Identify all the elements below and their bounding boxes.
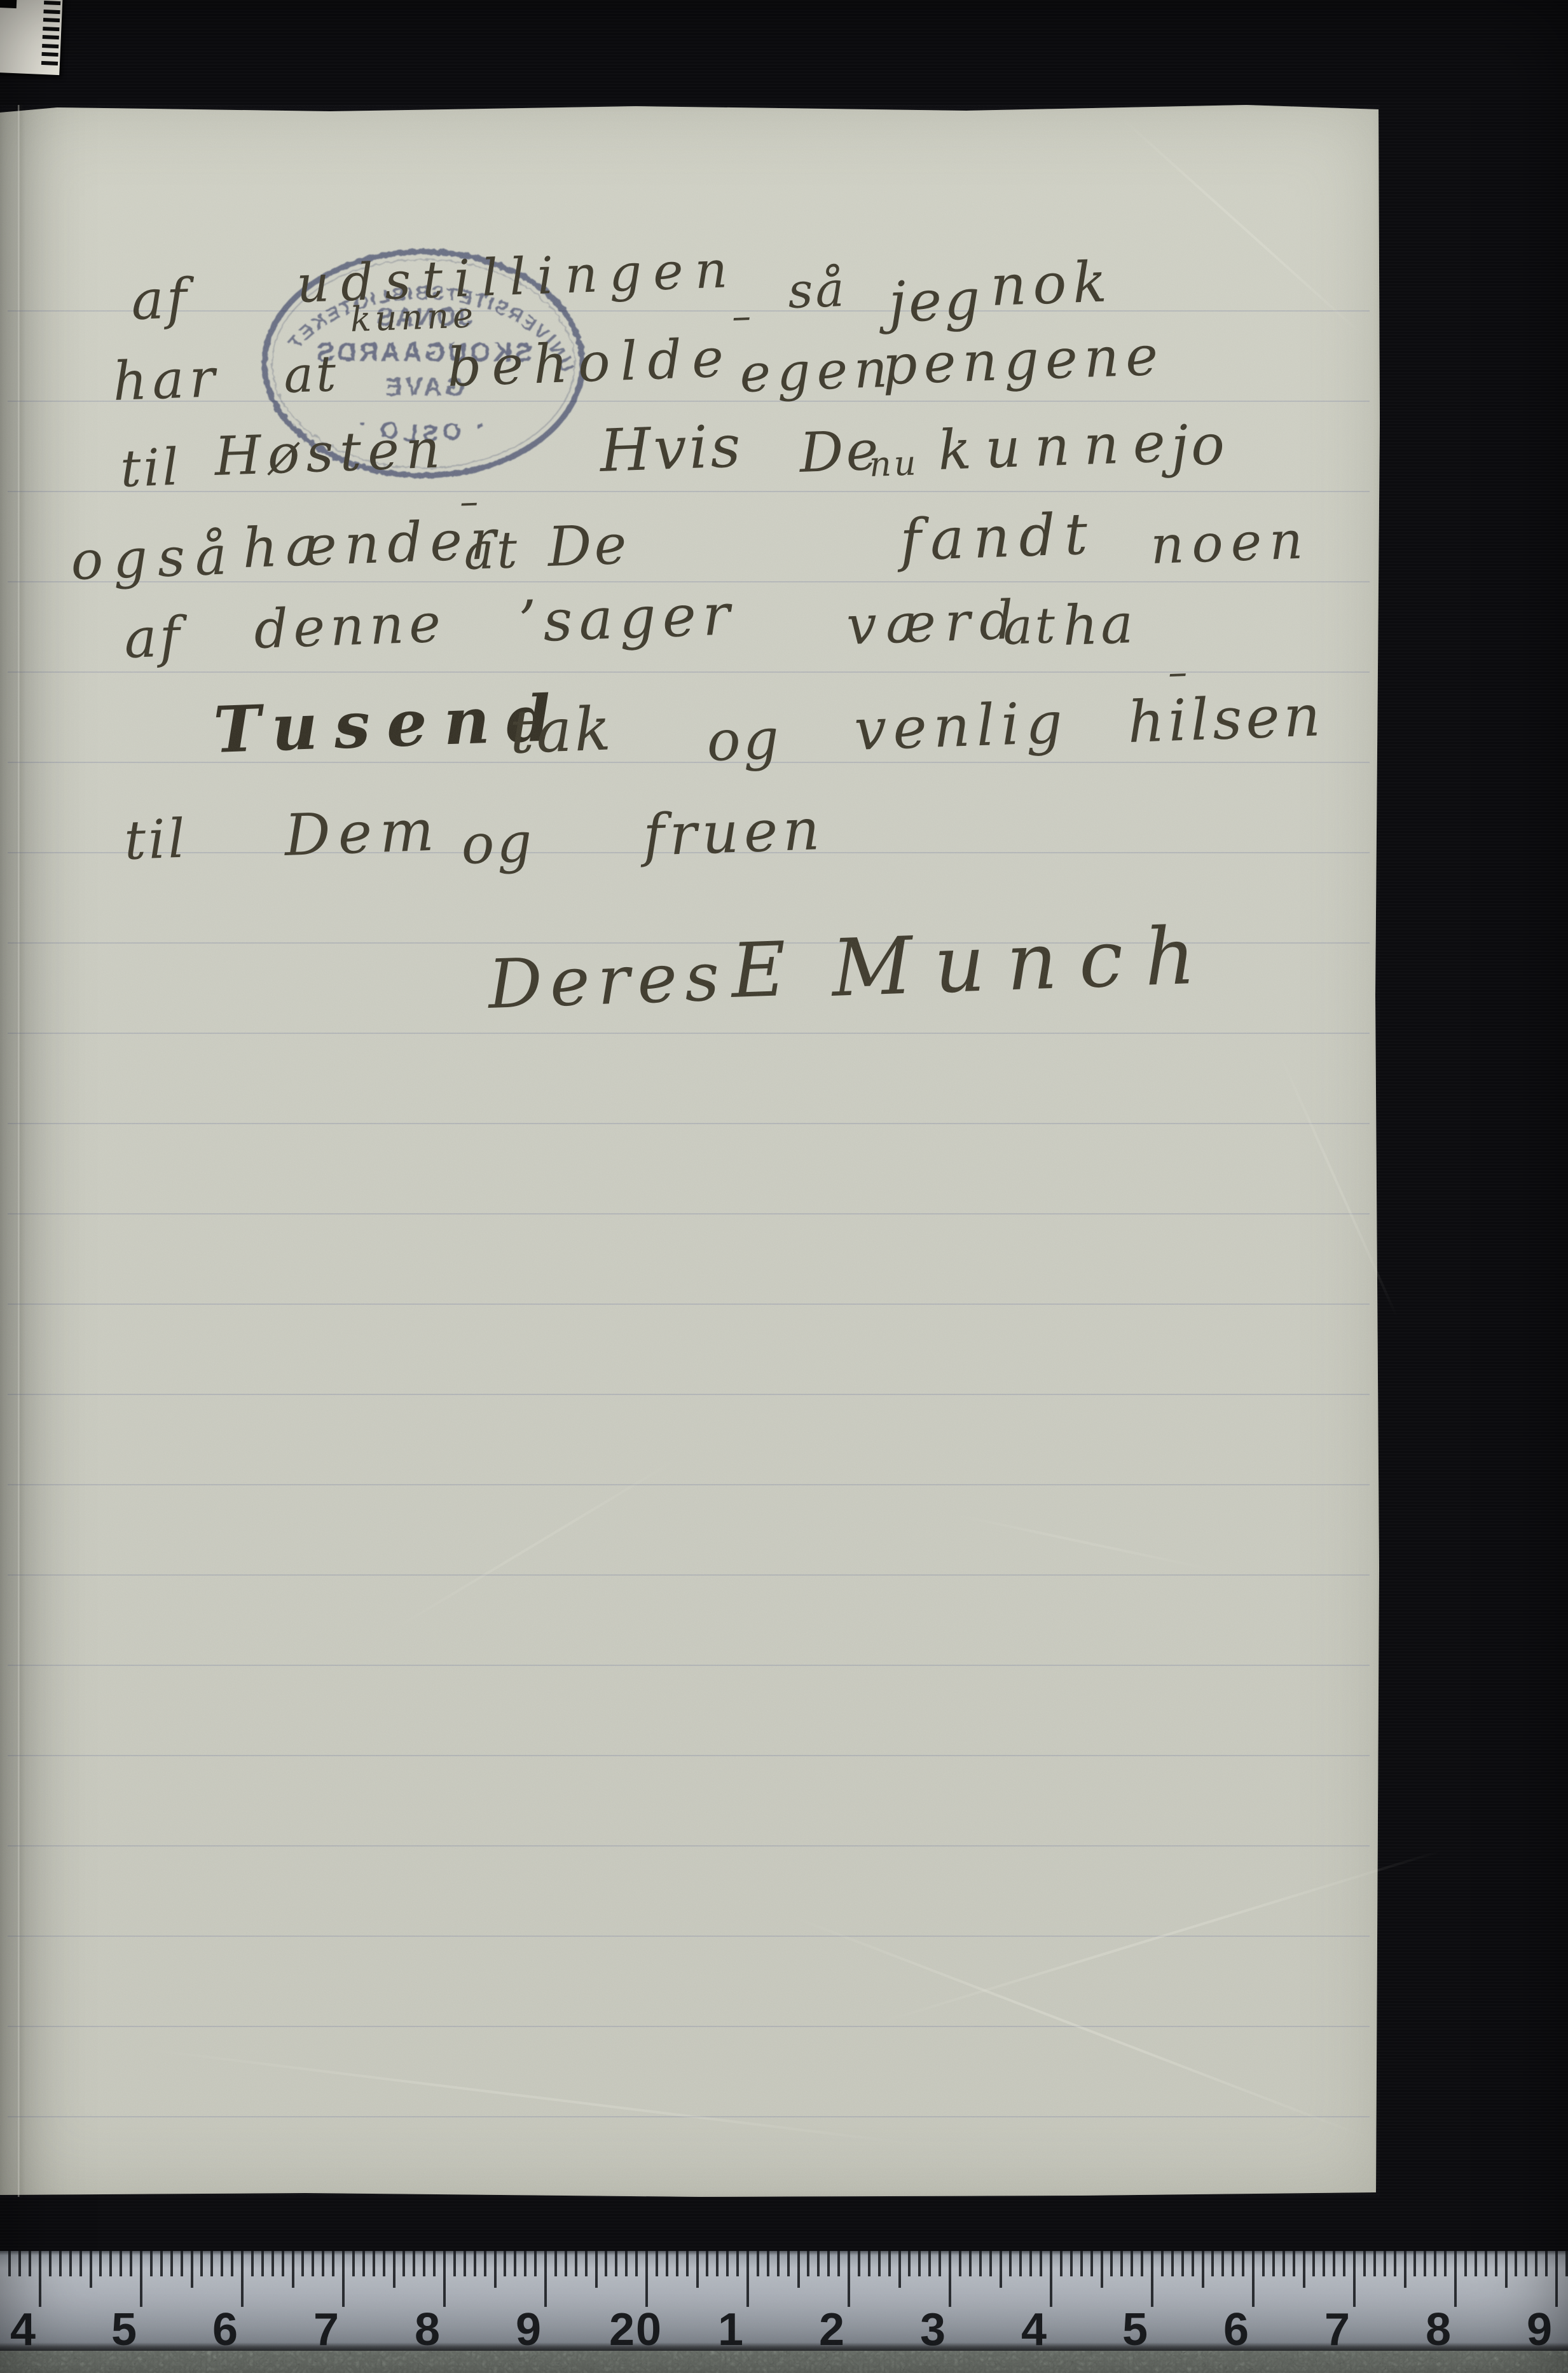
ruler-tick — [383, 2251, 385, 2276]
ruler-tick — [474, 2251, 476, 2276]
ruler-number: 6 — [212, 2307, 239, 2353]
ruler-tick — [645, 2251, 648, 2307]
ruler-tick — [99, 2251, 102, 2276]
ruler-tick — [1101, 2251, 1103, 2288]
ruler-tick — [1242, 2251, 1244, 2276]
ruler-tick — [696, 2251, 699, 2288]
ruler-tick — [1141, 2251, 1143, 2276]
ruler-number: 4 — [10, 2307, 37, 2353]
ruler-tick — [1505, 2251, 1508, 2288]
ruler-tick — [170, 2251, 173, 2276]
ruler-tick — [514, 2251, 516, 2276]
ruler-tick — [1232, 2251, 1234, 2276]
ruler-tick — [1283, 2251, 1285, 2276]
ruler-tick — [332, 2251, 334, 2276]
ruler-tick — [777, 2251, 780, 2276]
table-surface — [0, 2351, 1568, 2373]
ruler-tick — [312, 2251, 314, 2276]
ruler-tick — [1110, 2251, 1113, 2276]
ruler-tick — [200, 2251, 203, 2276]
ruler-tick — [423, 2251, 425, 2276]
ruler-tick — [352, 2251, 355, 2276]
ruler-tick — [402, 2251, 405, 2276]
ruler-tick — [787, 2251, 790, 2276]
ruler-tick — [1131, 2251, 1133, 2276]
photo-stage: UNIVERSITETSBIBLIOTEKET JONAS SKOUGAARDS… — [0, 0, 1568, 2373]
ruler-tick — [494, 2251, 497, 2288]
ruler-number: 7 — [313, 2307, 340, 2353]
ruler-tick — [504, 2251, 506, 2276]
ruler-tick — [534, 2251, 537, 2276]
ruler-tick — [676, 2251, 678, 2276]
ruler-tick — [1485, 2251, 1487, 2276]
ruler-tick — [524, 2251, 526, 2276]
paper-fold-crease — [18, 105, 20, 2197]
ruler-tick — [817, 2251, 820, 2276]
letter-page — [0, 105, 1380, 2197]
ruler-tick — [1070, 2251, 1073, 2276]
ruler-tick — [1444, 2251, 1447, 2276]
ruler-tick — [393, 2251, 395, 2288]
stamp-center-line-1: JONAS — [375, 303, 472, 331]
ruler-tick — [59, 2251, 62, 2276]
ruler-tick — [433, 2251, 436, 2276]
ruler-tick — [79, 2251, 82, 2276]
ruler-tick — [807, 2251, 809, 2276]
ruler-tick — [1384, 2251, 1386, 2276]
ruler-tick — [888, 2251, 891, 2276]
ruler-tick — [625, 2251, 628, 2276]
ruler-tick — [49, 2251, 52, 2276]
ruler-tick — [878, 2251, 881, 2276]
ruler-tick — [1009, 2251, 1012, 2276]
ruler-tick — [292, 2251, 294, 2288]
ruler-tick — [797, 2251, 800, 2288]
ruler-tick — [1535, 2251, 1537, 2276]
ruler-tick — [1040, 2251, 1042, 2276]
library-stamp: UNIVERSITETSBIBLIOTEKET JONAS SKOUGAARDS… — [256, 245, 591, 482]
ruler-tick — [1323, 2251, 1325, 2276]
ruler-tick — [1454, 2251, 1457, 2307]
ruler-tick — [726, 2251, 729, 2276]
svg-text:· OSLO ·: · OSLO · — [348, 408, 488, 448]
ruler-tick — [605, 2251, 607, 2276]
scale-card-tick — [42, 43, 58, 48]
ruler-tick — [69, 2251, 72, 2276]
ruler-tick — [757, 2251, 759, 2276]
ruler-tick — [898, 2251, 901, 2288]
ruler-tick — [1181, 2251, 1184, 2276]
ruler-tick — [1413, 2251, 1416, 2276]
ruler-tick — [362, 2251, 365, 2276]
ruler-tick — [1343, 2251, 1345, 2276]
ruler-tick — [109, 2251, 112, 2276]
ruler-tick — [1293, 2251, 1295, 2276]
ruler-tick — [1161, 2251, 1164, 2276]
ruler-tick — [484, 2251, 486, 2276]
ruler-number: 9 — [1527, 2307, 1553, 2353]
stamp-center-line-3: GAVE — [382, 373, 465, 401]
ruler-tick — [1495, 2251, 1497, 2276]
ruler-tick — [767, 2251, 769, 2276]
ruler-tick — [443, 2251, 446, 2307]
ruler-number: 2 — [819, 2307, 846, 2353]
ruler-tick — [1424, 2251, 1426, 2276]
ruler-number: 7 — [1324, 2307, 1351, 2353]
ruler-tick — [1211, 2251, 1214, 2276]
ruler-tick — [939, 2251, 941, 2276]
ruler-tick — [1060, 2251, 1063, 2276]
ruler-number: 5 — [111, 2307, 138, 2353]
ruler-tick — [969, 2251, 972, 2276]
ruler-tick — [181, 2251, 183, 2276]
ruler-tick — [1151, 2251, 1153, 2307]
ruler-number: 3 — [920, 2307, 947, 2353]
ruler-tick — [656, 2251, 658, 2276]
ruler-tick — [1202, 2251, 1204, 2288]
ruler-number: 9 — [516, 2307, 542, 2353]
ruler-tick — [1525, 2251, 1527, 2276]
ruler-tick — [90, 2251, 92, 2288]
ruler-tick — [221, 2251, 223, 2276]
ruler-number: 6 — [1223, 2307, 1250, 2353]
ruler-tick — [191, 2251, 193, 2288]
ruler-tick — [1080, 2251, 1083, 2276]
ruler-tick — [120, 2251, 122, 2276]
ruler-tick — [1019, 2251, 1022, 2276]
ruler-tick — [1262, 2251, 1265, 2276]
ruler-tick — [130, 2251, 132, 2276]
ruler-tick — [453, 2251, 456, 2276]
stamp-center-line-2: SKOUGAARDS — [314, 337, 532, 367]
ruler-tick — [272, 2251, 274, 2276]
ruler-tick — [827, 2251, 830, 2276]
ruler-tick — [413, 2251, 415, 2276]
ruler-number: 20 — [609, 2307, 663, 2353]
ruler-tick — [928, 2251, 931, 2276]
ruler-tick — [746, 2251, 749, 2307]
ruler-tick — [39, 2251, 41, 2307]
ruler-tick — [706, 2251, 708, 2276]
ruler-tick — [282, 2251, 284, 2276]
ruler-tick — [615, 2251, 617, 2276]
ruler-number: 4 — [1021, 2307, 1048, 2353]
ruler-tick — [150, 2251, 153, 2276]
ruler-tick — [261, 2251, 264, 2276]
ruler-tick — [1434, 2251, 1436, 2276]
scale-card-tick — [43, 9, 60, 13]
ruler-tick — [1555, 2251, 1558, 2307]
ruler-number: 5 — [1122, 2307, 1149, 2353]
ruler-tick — [1090, 2251, 1093, 2276]
ruler-tick — [979, 2251, 982, 2276]
ruler-tick — [1171, 2251, 1174, 2276]
ruler-tick — [989, 2251, 992, 2276]
ruler-tick — [848, 2251, 850, 2307]
ruler-tick — [908, 2251, 911, 2276]
ruler-tick — [140, 2251, 142, 2307]
ruler-tick — [837, 2251, 840, 2276]
ruler-tick — [1404, 2251, 1406, 2288]
ruler-tick — [1475, 2251, 1477, 2276]
scale-card — [0, 0, 63, 75]
ruler-tick — [241, 2251, 244, 2307]
metal-ruler: 45678920123456789 — [0, 2251, 1568, 2351]
ruler-tick — [666, 2251, 668, 2276]
ruler-tick — [1192, 2251, 1194, 2276]
ruler-tick — [1363, 2251, 1366, 2276]
ruler-tick — [8, 2251, 11, 2276]
ruler-tick — [1000, 2251, 1002, 2288]
ruler-tick — [736, 2251, 739, 2276]
ruler-tick — [959, 2251, 961, 2276]
ruler-tick — [1515, 2251, 1517, 2276]
ruler-tick — [1394, 2251, 1396, 2276]
ruler-tick — [18, 2251, 21, 2276]
ruler-number: 1 — [718, 2307, 745, 2353]
ruler-tick — [210, 2251, 213, 2276]
ruler-tick — [1029, 2251, 1032, 2276]
ruler-tick — [585, 2251, 588, 2276]
ruler-tick — [251, 2251, 254, 2276]
ruler-tick — [231, 2251, 233, 2276]
ruler-tick — [160, 2251, 163, 2276]
ruler-tick — [949, 2251, 951, 2307]
ruler-tick — [322, 2251, 324, 2276]
ruler-tick — [1353, 2251, 1356, 2307]
scale-card-tick — [43, 35, 59, 39]
ruler-tick — [1221, 2251, 1224, 2276]
ruler-tick — [301, 2251, 304, 2276]
ruler-tick — [554, 2251, 557, 2276]
ruler-tick — [868, 2251, 870, 2276]
ruler-tick — [29, 2251, 31, 2276]
ruler-tick — [1464, 2251, 1467, 2276]
ruler-tick — [858, 2251, 860, 2276]
ruler-tick — [1252, 2251, 1255, 2307]
ruler-tick — [686, 2251, 689, 2276]
ruler-tick — [373, 2251, 375, 2276]
ruler-number: 8 — [1426, 2307, 1452, 2353]
ruler-tick — [1545, 2251, 1548, 2276]
ruler-tick — [1303, 2251, 1305, 2288]
ruler-tick — [716, 2251, 719, 2276]
ruler-number: 8 — [415, 2307, 441, 2353]
ruler-tick — [565, 2251, 567, 2276]
ruler-tick — [1312, 2251, 1315, 2276]
ruler-tick — [1333, 2251, 1335, 2276]
ruler-tick — [1050, 2251, 1052, 2307]
ruler-tick — [918, 2251, 921, 2276]
ruler-tick — [1565, 2251, 1568, 2276]
ruler-tick — [1272, 2251, 1275, 2276]
scale-card-tick — [43, 26, 59, 31]
scale-card-tick — [44, 1, 60, 5]
ruler-tick — [1120, 2251, 1123, 2276]
ruler-tick — [635, 2251, 638, 2276]
scale-card-corner-mark — [0, 0, 17, 8]
scale-card-tick — [41, 60, 58, 65]
ruler-tick — [1373, 2251, 1376, 2276]
scale-card-tick — [41, 52, 58, 57]
ruler-tick — [595, 2251, 598, 2288]
ruler-tick — [544, 2251, 547, 2307]
ruler-tick — [575, 2251, 577, 2276]
stamp-bottom-text: · OSLO · — [348, 408, 488, 448]
ruler-tick — [464, 2251, 466, 2276]
ruler-tick — [342, 2251, 345, 2307]
scale-card-tick — [43, 18, 60, 22]
